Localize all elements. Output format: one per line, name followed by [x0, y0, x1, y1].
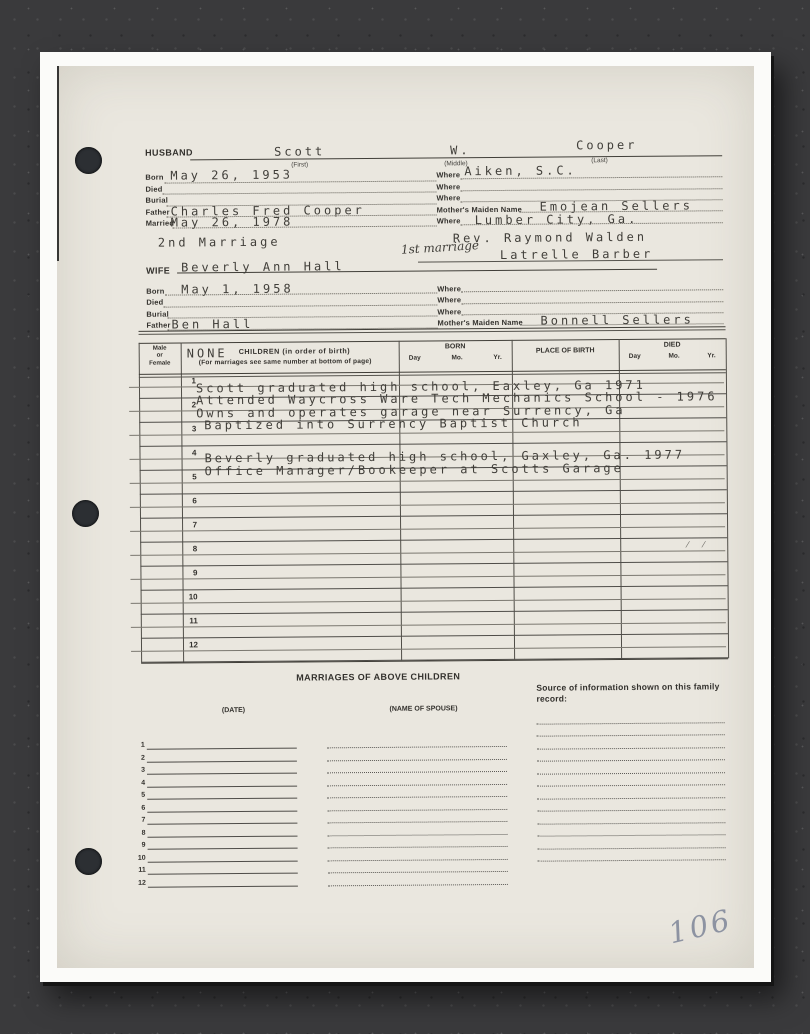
- died-yr-label: Yr.: [707, 352, 715, 359]
- source-header: Source of information shown on this fami…: [536, 681, 732, 705]
- husband-middle-name: W.: [450, 143, 471, 157]
- row-mid-line: [130, 478, 725, 484]
- marriage-row-number: 8: [131, 830, 145, 837]
- married-where-label: Where: [437, 216, 461, 225]
- row-mid-line: [131, 622, 726, 628]
- row-bottom-line: [141, 657, 728, 663]
- died-dmy-header: Day Mo. Yr.: [619, 352, 726, 360]
- born-column-header: BORN: [399, 343, 512, 351]
- handwritten-page-number: 106: [665, 902, 736, 950]
- husband-burial-label: Burial: [145, 196, 168, 205]
- spouse-line: [327, 821, 507, 823]
- scanned-document-photo: HUSBAND Scott W. Cooper (First) (Middle)…: [0, 0, 810, 1034]
- row-mid-line: [131, 646, 726, 652]
- row-number: 6: [183, 496, 197, 505]
- husband-label: HUSBAND: [145, 147, 193, 157]
- row-mid-line: [130, 502, 725, 508]
- marriage-row-number: 6: [131, 805, 145, 812]
- date-line: [148, 848, 298, 850]
- spouse-line: [327, 759, 507, 761]
- husband-born-where-value: Aiken, S.C.: [464, 163, 577, 178]
- spouse-line: [327, 771, 507, 773]
- field-line: [460, 188, 722, 191]
- husband-died-label: Died: [145, 185, 162, 194]
- sex-header-line3: Female: [139, 359, 181, 367]
- date-line: [147, 748, 297, 750]
- spouse-line: [328, 846, 508, 848]
- field-line: [162, 191, 436, 194]
- wife-died-label: Died: [146, 298, 163, 307]
- date-line: [147, 761, 297, 763]
- row-mid-line: [131, 598, 726, 604]
- marriage-row-number: 10: [132, 855, 146, 862]
- husband-born-where-label: Where: [436, 170, 460, 179]
- wife-label: WIFE: [146, 266, 170, 276]
- field-line: [461, 301, 723, 304]
- date-line: [147, 786, 297, 788]
- husband-father-label: Father: [146, 208, 170, 217]
- child-note: Baptized into Surrency Baptist Church: [204, 415, 582, 432]
- wife-father-label: Father: [146, 321, 170, 330]
- row-number: 12: [184, 640, 198, 649]
- date-line: [147, 811, 297, 813]
- last-caption: (Last): [591, 157, 608, 164]
- spouse-line: [327, 796, 507, 798]
- family-record-page: HUSBAND Scott W. Cooper (First) (Middle)…: [57, 66, 754, 968]
- sex-column-header: Male or Female: [139, 344, 181, 367]
- spouse-line: [327, 834, 507, 836]
- photo-border: HUSBAND Scott W. Cooper (First) (Middle)…: [40, 52, 771, 982]
- born-dmy-header: Day Mo. Yr.: [399, 354, 512, 362]
- husband-born-label: Born: [145, 173, 163, 182]
- husband-burial-where-label: Where: [436, 193, 460, 202]
- row-mid-line: [130, 550, 725, 556]
- date-line: [148, 861, 298, 863]
- date-line: [147, 773, 297, 775]
- marriage-row-number: 7: [131, 817, 145, 824]
- spouse-line: [328, 871, 508, 873]
- row-number: 4: [182, 448, 196, 457]
- stray-marks: ⁄ ⁄: [687, 539, 711, 549]
- first-caption: (First): [291, 161, 308, 168]
- date-line: [148, 836, 298, 838]
- marriage-row-number: 2: [131, 755, 145, 762]
- row-mid-line: [130, 526, 725, 532]
- source-line: [537, 734, 725, 736]
- second-marriage-note: 2nd Marriage: [158, 235, 281, 250]
- family-group-form: HUSBAND Scott W. Cooper (First) (Middle)…: [57, 66, 754, 968]
- marriage-row-number: 12: [132, 880, 146, 887]
- row-number: 7: [183, 520, 197, 529]
- marriage-row-number: 4: [131, 780, 145, 787]
- row-number: 2: [182, 400, 196, 409]
- died-column-header: DIED: [619, 341, 726, 349]
- husband-first-name: Scott: [274, 144, 325, 158]
- marriage-row-number: 11: [132, 867, 146, 874]
- field-line: [461, 289, 723, 292]
- row-number: 3: [182, 424, 196, 433]
- date-column-header: (DATE): [178, 707, 288, 715]
- officiant-note: Rev. Raymond Walden: [453, 230, 647, 246]
- marriages-title: MARRIAGES OF ABOVE CHILDREN: [218, 671, 538, 684]
- born-yr-label: Yr.: [493, 354, 501, 361]
- died-mo-label: Mo.: [668, 353, 679, 360]
- wife-burial-label: Burial: [146, 310, 169, 319]
- spouse-line: [327, 784, 507, 786]
- row-number: 1: [182, 376, 196, 385]
- row-number: 8: [183, 544, 197, 553]
- row-number: 11: [184, 616, 198, 625]
- row-number: 9: [183, 568, 197, 577]
- spouse-line: [327, 809, 507, 811]
- born-mo-label: Mo.: [451, 354, 462, 361]
- children-column-header: CHILDREN (in order of birth): [239, 346, 350, 356]
- spouse-column-header: (NAME OF SPOUSE): [358, 705, 488, 713]
- field-line: [418, 259, 723, 262]
- row-number: 5: [183, 472, 197, 481]
- spouse-line: [328, 859, 508, 861]
- date-line: [148, 886, 298, 888]
- children-column-subheader: (For marriages see same number at bottom…: [199, 358, 372, 366]
- date-line: [147, 823, 297, 825]
- date-line: [148, 873, 298, 875]
- husband-last-name: Cooper: [576, 138, 637, 152]
- born-day-label: Day: [409, 355, 421, 362]
- marriage-row-number: 1: [131, 742, 145, 749]
- place-column-header: PLACE OF BIRTH: [512, 347, 619, 355]
- spouse-line: [328, 884, 508, 886]
- wife-born-label: Born: [146, 287, 164, 296]
- first-marriage-handwritten-note: 1st marriage: [401, 238, 480, 257]
- spouse-line: [327, 746, 507, 748]
- marriage-row-number: 3: [131, 767, 145, 774]
- husband-born-value: May 26, 1953: [170, 168, 293, 183]
- died-day-label: Day: [629, 353, 641, 360]
- wife-born-where-label: Where: [437, 284, 461, 293]
- marriage-row-number: 9: [132, 842, 146, 849]
- field-line: [163, 304, 437, 307]
- wife-mother-label: Mother's Maiden Name: [437, 318, 522, 328]
- husband-died-where-label: Where: [436, 182, 460, 191]
- wife-burial-where-label: Where: [437, 307, 461, 316]
- source-line: [537, 722, 725, 724]
- marriage-row-number: 5: [131, 792, 145, 799]
- row-number: 10: [184, 592, 198, 601]
- row-mid-line: [130, 574, 725, 580]
- date-line: [147, 798, 297, 800]
- wife-died-where-label: Where: [437, 295, 461, 304]
